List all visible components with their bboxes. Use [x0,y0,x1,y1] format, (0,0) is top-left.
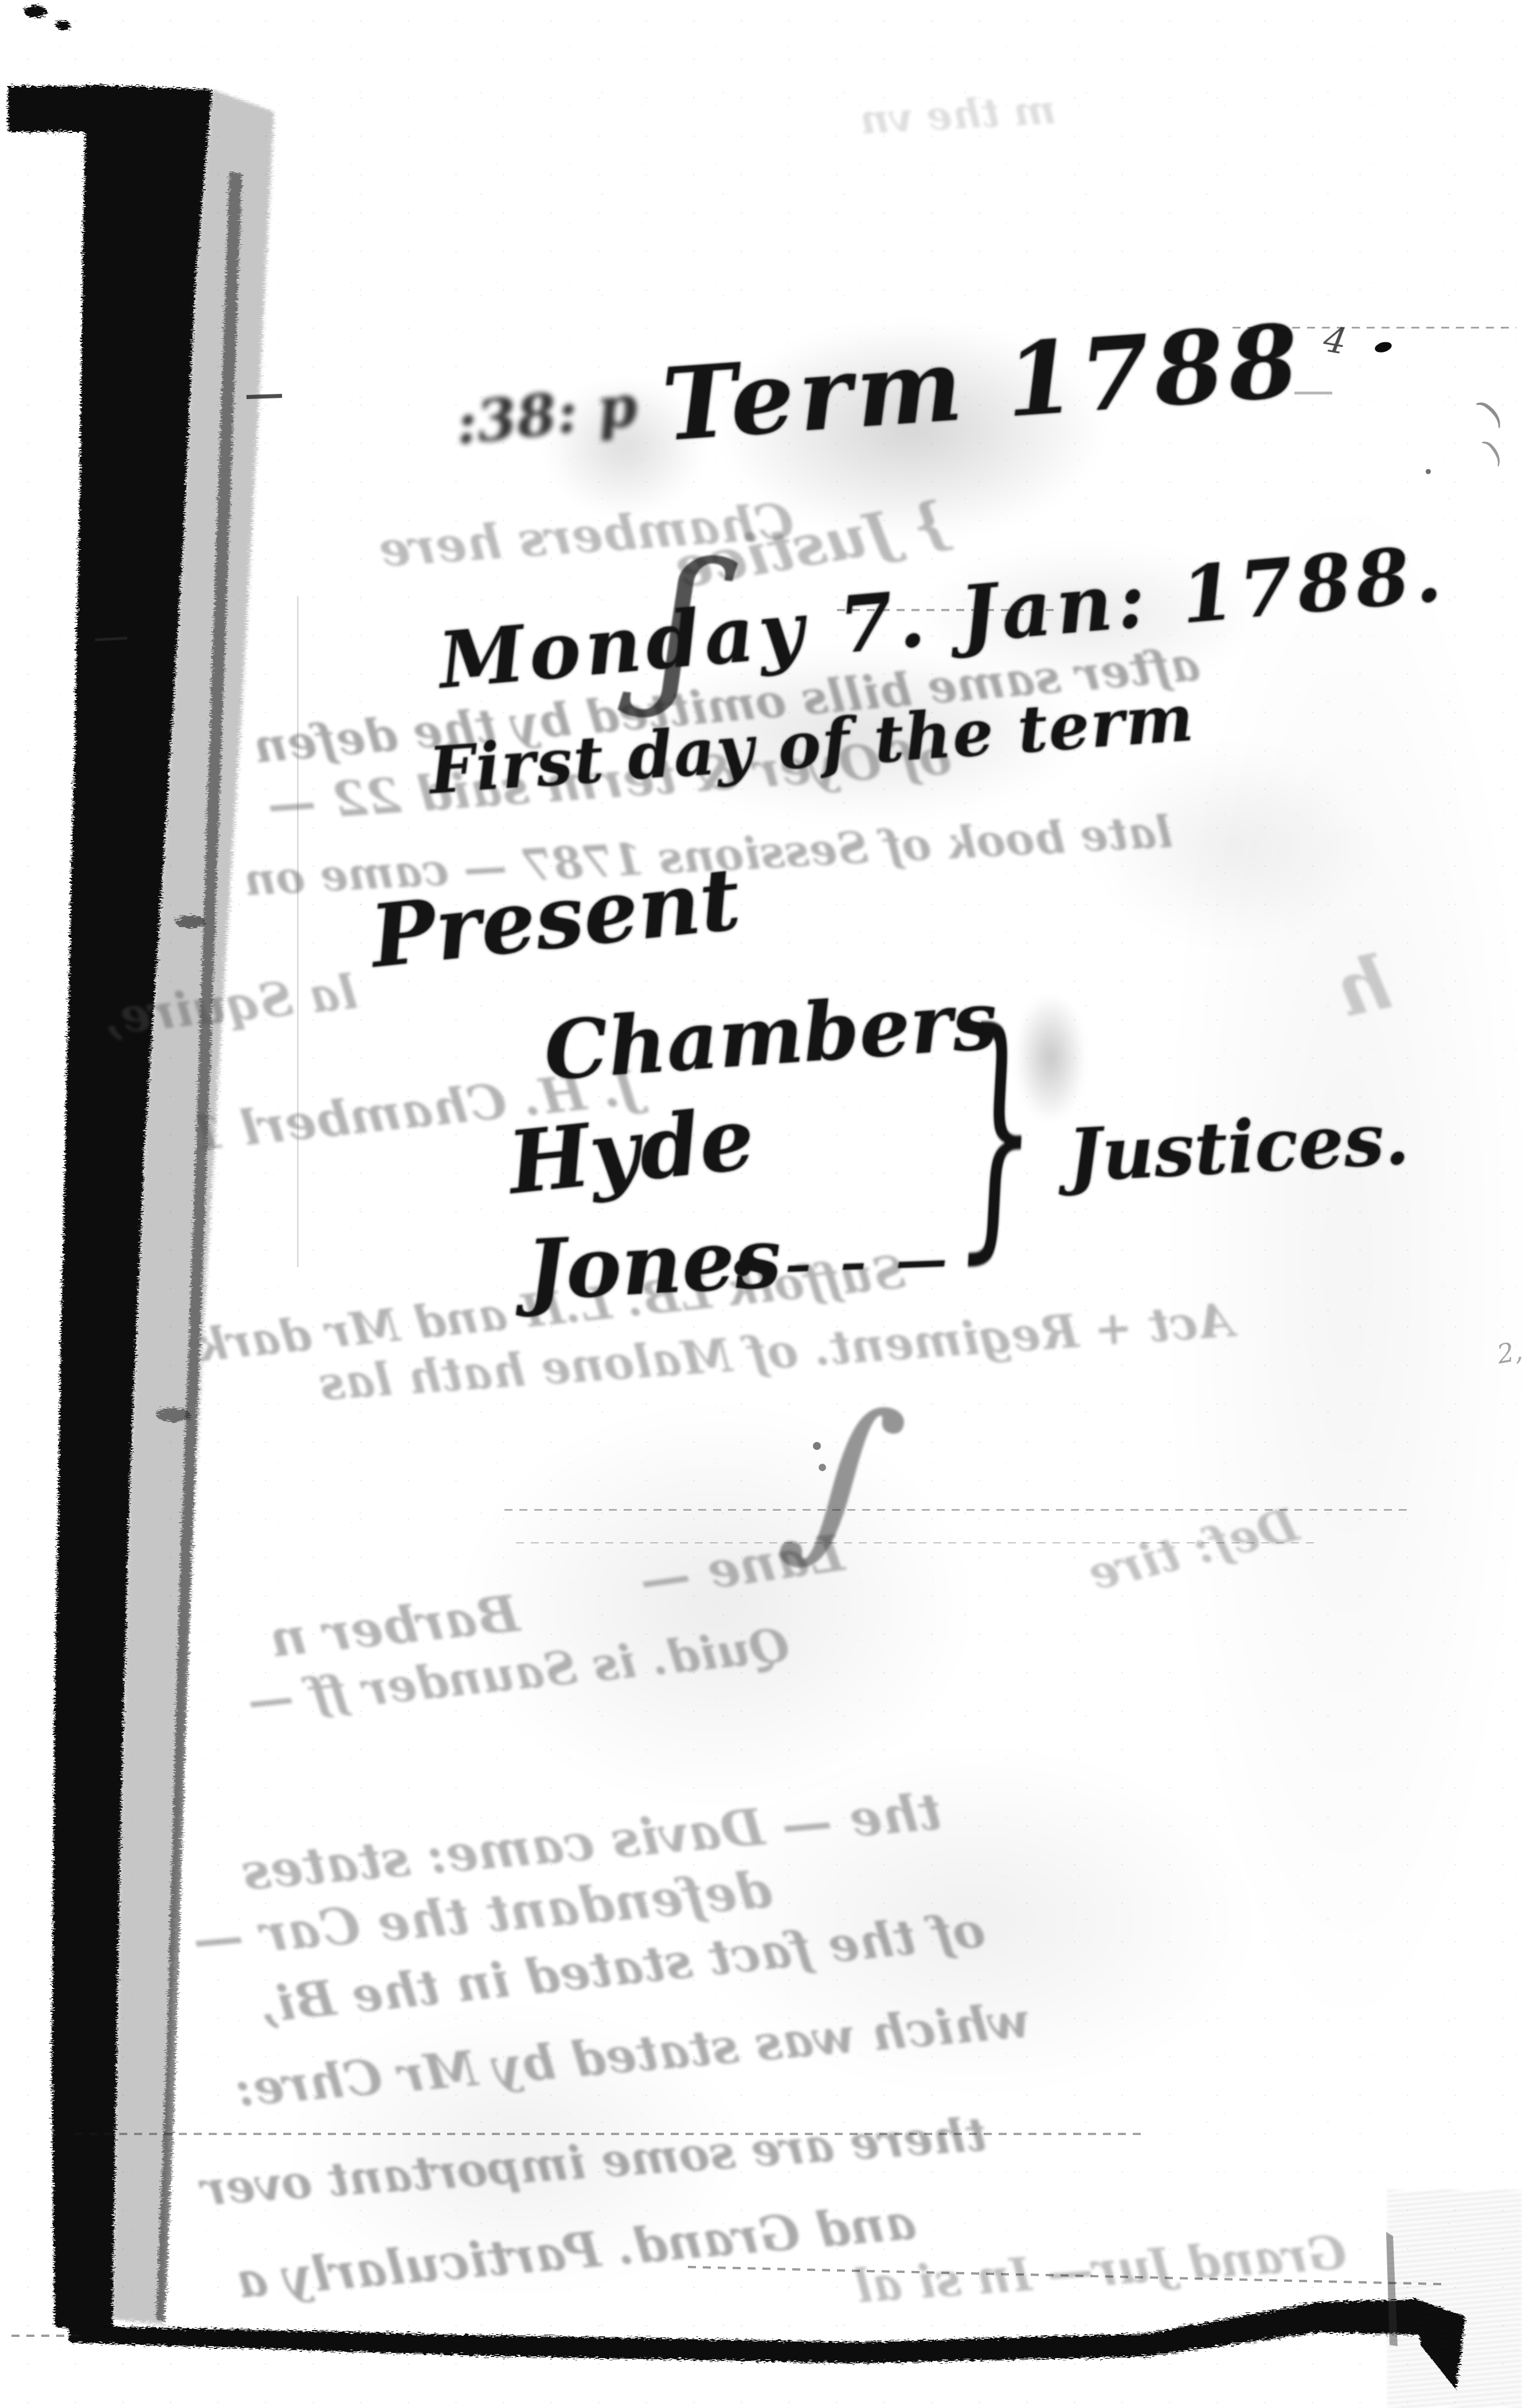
binding-black-core [52,85,212,2333]
bleed-line: Grand Jur— In si al [853,2229,1348,2309]
curl-speck: ) [1470,396,1509,428]
ink-dash [247,394,282,399]
flourish-dot [819,1464,826,1471]
scan-crease-vertical [297,596,299,1267]
ink-dash [95,637,127,642]
bleed-line: la Squire, [101,968,359,1042]
page-corner-mark: 4 [1321,321,1349,360]
ink-blob [1374,340,1392,354]
ink-smudge-prefix: :38: p [453,377,640,453]
binding-grain-band [112,89,274,2325]
flourish-dot [813,1442,821,1450]
mid-page-flourish: ∫ [774,1373,915,1581]
justices-brace: } [954,998,1040,1265]
speckle-line [11,2335,80,2337]
binding-dark-streak [156,172,242,2322]
justice-name-chambers: Chambers [542,980,1000,1092]
ink-dot [1426,469,1431,474]
bottom-page-edge [69,2299,1465,2390]
right-margin-mottle [1175,516,1519,2007]
right-crease-line [1386,2232,1398,2346]
jones-trailing-dashes: ∙ – – — [728,1233,954,1293]
bleed-line: and Grand. Particularly a [234,2198,918,2305]
justice-name-hyde: Hyde [504,1095,758,1206]
corner-speckle-zone [1387,2190,1522,2408]
bottom-corner-blob [1415,2300,1465,2390]
curl-speck: ) [1477,436,1508,467]
bleed-line: Def: tire [1084,1501,1302,1597]
bleed-line: h [1329,944,1397,1029]
right-margin-mark: 2, [1495,1337,1522,1367]
heading-term-line: Term 1788 [659,311,1306,456]
binding-strip [8,5,274,2333]
binding-top-bar [8,86,146,132]
manuscript-page: Chambers here } Justice after same bills… [0,0,1522,2408]
justices-group-label: Justices. [1066,1103,1411,1193]
bleed-line: m the vn [859,89,1057,140]
